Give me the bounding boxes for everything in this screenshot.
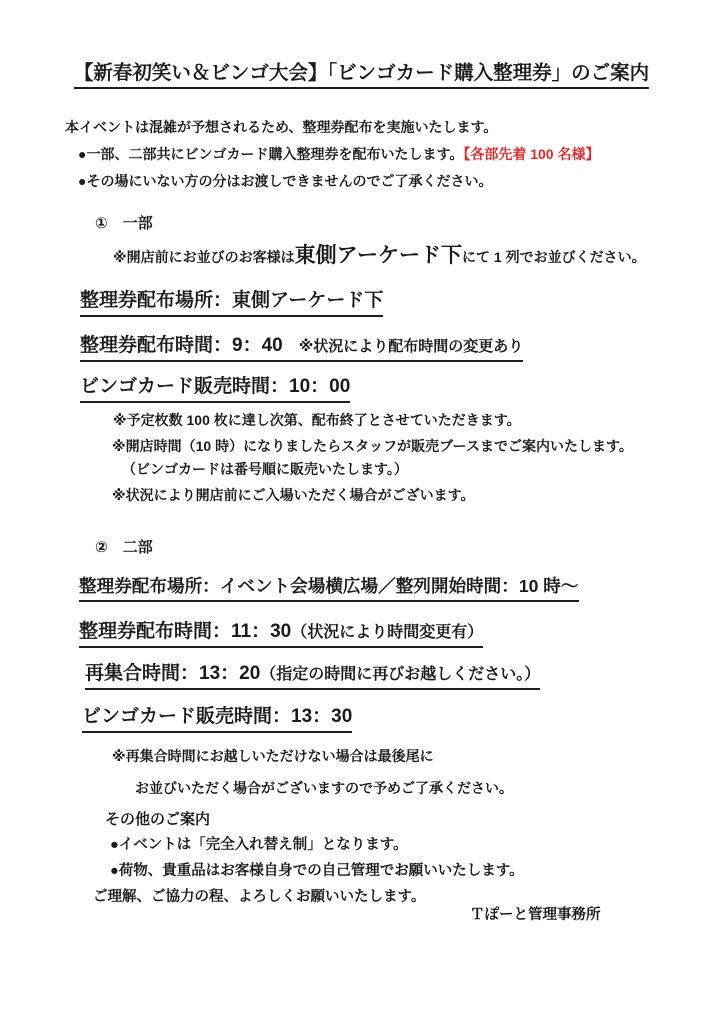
absent-bullet: ●その場にいない方の分はお渡しできませんのでご了承ください。 [78, 173, 492, 191]
s2-distribution-time-main: 整理券配布時間：11：30 [79, 621, 291, 642]
s2-note-late-2: お並びいただく場合がございますので予めご了承ください。 [135, 780, 513, 798]
section2-label: ② 二部 [95, 539, 153, 558]
other-bullet-swap: ●イベントは「完全入れ替え制」となります。 [110, 836, 408, 854]
s1-distribution-time-main: 整理券配布時間：9：40 [80, 335, 283, 356]
s2-regroup-time: 再集合時間：13：20（指定の時間に再びお越しください。） [85, 662, 540, 690]
s1-distribution-time: 整理券配布時間：9：40※状況により配布時間の変更あり [80, 334, 523, 362]
distribution-bullet: ●一部、二部共にビンゴカード購入整理券を配布いたします。【各部先着 100 名様… [78, 146, 599, 164]
capacity-highlight: 【各部先着 100 名様】 [463, 146, 599, 162]
s1-sale-time: ビンゴカード販売時間：10：00 [80, 375, 350, 403]
s2-distribution-time: 整理券配布時間：11：30（状況により時間変更有） [79, 620, 483, 648]
queue-note-suffix: にて 1 列でお並びください。 [462, 249, 646, 265]
other-bullet-belongings: ●荷物、貴重品はお客様自身での自己管理でお願いいたします。 [110, 862, 524, 880]
distribution-bullet-text: ●一部、二部共にビンゴカード購入整理券を配布いたします。 [78, 146, 463, 162]
s2-regroup-time-main: 再集合時間：13：20 [85, 663, 260, 684]
s1-note-quantity: ※予定枚数 100 枚に達し次第、配布終了とさせていただきます。 [113, 412, 521, 430]
signature: Ｔぽーと管理事務所 [470, 906, 601, 924]
page-title-text: 【新春初笑い＆ビンゴ大会】「ビンゴカード購入整理券」のご案内 [74, 62, 649, 89]
s2-time-change-paren: （状況により時間変更有） [291, 624, 483, 641]
section1-label: ① 一部 [95, 215, 153, 234]
queue-note-prefix: ※開店前にお並びのお客様は [113, 249, 295, 265]
other-info-heading: その他のご案内 [105, 811, 210, 830]
s1-time-change-note: ※状況により配布時間の変更あり [299, 338, 524, 355]
s2-distribution-place: 整理券配布場所：イベント会場横広場／整列開始時間：10 時～ [79, 576, 579, 602]
s1-note-order: （ビンゴカードは番号順に販売いたします。） [122, 461, 408, 479]
s1-note-early-entry: ※状況により開店前にご入場いただく場合がございます。 [112, 487, 475, 505]
intro-line: 本イベントは混雑が予想されるため、整理券配布を実施いたします。 [65, 119, 497, 137]
queue-location-bold: 東側アーケード下 [295, 244, 462, 267]
s1-distribution-place: 整理券配布場所：東側アーケード下 [80, 289, 383, 317]
s2-regroup-paren: （指定の時間に再びお越しください。） [260, 666, 540, 683]
closing-line: ご理解、ご協力の程、よろしくお願いいたします。 [93, 888, 425, 906]
s2-note-late-1: ※再集合時間にお越しいただけない場合は最後尾に [112, 748, 434, 766]
s2-sale-time: ビンゴカード販売時間：13：30 [82, 705, 352, 733]
notice-document: 【新春初笑い＆ビンゴ大会】「ビンゴカード購入整理券」のご案内 本イベントは混雑が… [0, 0, 723, 1024]
s1-note-opening: ※開店時間（10 時）になりましたらスタッフが販売ブースまでご案内いたします。 [112, 438, 633, 456]
page-title: 【新春初笑い＆ビンゴ大会】「ビンゴカード購入整理券」のご案内 [0, 61, 723, 85]
section1-queue-note: ※開店前にお並びのお客様は東側アーケード下にて 1 列でお並びください。 [113, 243, 646, 269]
